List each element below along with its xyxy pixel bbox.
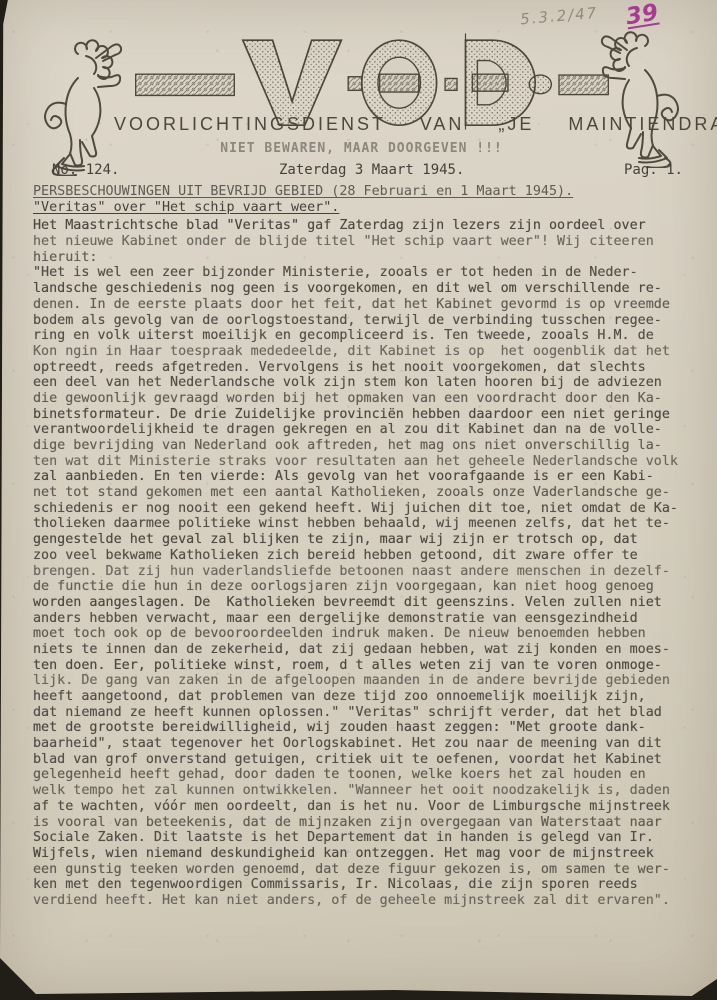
issue-line: No. 124. Zaterdag 3 Maart 1945. Pag. 1.	[52, 162, 683, 178]
body-line: net tot stand gekomen met een aantal Kat…	[33, 485, 699, 501]
body-line: tholieken daarmee politieke winst hebben…	[33, 516, 699, 532]
body-line: Het Maastrichtsche blad "Veritas" gaf Za…	[33, 218, 699, 234]
body-line: anders hebben verwacht, maar een dergeli…	[33, 611, 699, 627]
body-line: lijk. De gang van zaken in de afgeloopen…	[33, 673, 699, 689]
article-subheading: "Veritas" over "Het schip vaart weer".	[33, 200, 699, 216]
masthead-motto: NIET BEWAREN, MAAR DOORGEVEN !!!	[26, 141, 697, 156]
body-line: een gunstig teeken worden genoemd, dat d…	[33, 862, 699, 878]
body-line: Kon ngin in Haar toespraak mededeelde, d…	[33, 344, 699, 360]
issue-date: Zaterdag 3 Maart 1945.	[279, 162, 464, 178]
article-heading: PERSBESCHOUWINGEN UIT BEVRIJD GEBIED (28…	[33, 184, 699, 200]
body-line: de functie die hun in deze oorlogsjaren …	[33, 579, 699, 595]
body-line: ring en volk uiterst moeilijk en gecompl…	[33, 328, 699, 344]
body-line: ken met den tegenwoordigen Commissaris, …	[33, 877, 699, 893]
body-line: zoo veel bekwame Katholieken zich bereid…	[33, 548, 699, 564]
article-body: Het Maastrichtsche blad "Veritas" gaf Za…	[33, 218, 699, 908]
issue-page: Pag. 1.	[624, 162, 683, 178]
body-line: af te wachten, vóór men oordeelt, dan is…	[33, 799, 699, 815]
body-line: verdiend heeft. Het kan niet anders, of …	[33, 893, 699, 909]
body-line: zal aanbieden. En ten vierde: Als gevolg…	[33, 469, 699, 485]
body-line: heeft aangetoond, dat problemen van deze…	[33, 689, 699, 705]
body-line: worden aangeslagen. De Katholieken bevre…	[33, 595, 699, 611]
body-line: verantwoordelijkheid te dragen gekregen …	[33, 422, 699, 438]
article: PERSBESCHOUWINGEN UIT BEVRIJD GEBIED (28…	[33, 184, 699, 909]
body-line: optreedt, reeds afgetreden. Vervolgens i…	[33, 360, 699, 376]
body-line: ten wat dit Ministerie straks voor resul…	[33, 454, 699, 470]
newsletter-page: 5.3.2/47 39	[0, 0, 717, 1000]
body-line: welk tempo het zal kunnen ontwikkelen. "…	[33, 783, 699, 799]
body-line: een deel van het Nederlandsche volk zijn…	[33, 375, 699, 391]
body-line: ten doen. Eer, politieke winst, roem, d …	[33, 658, 699, 674]
body-line: moet toch ook op de bevooroordeelden ind…	[33, 626, 699, 642]
masthead-subtitle: VOORLICHTINGSDIENST VAN „JE MAINTIENDRAI…	[114, 114, 609, 135]
body-line: landsche geschiedenis nog geen is voorge…	[33, 281, 699, 297]
body-line: hieruit:	[33, 250, 699, 266]
body-line: het nieuwe Kabinet onder de blijde titel…	[33, 234, 699, 250]
body-line: binetsformateur. De drie Zuidelijke prov…	[33, 407, 699, 423]
body-line: dige bevrijding van Nederland ook aftred…	[33, 438, 699, 454]
body-line: niets te innen dan de zekerheid, dat zij…	[33, 642, 699, 658]
body-line: schiedenis er nog nooit een gekend heeft…	[33, 501, 699, 517]
body-line: Wijfels, wien niemand deskundigheid kan …	[33, 846, 699, 862]
body-line: "Het is wel een zeer bijzonder Ministeri…	[33, 265, 699, 281]
body-line: gelegenheid heeft gehad, door daden te t…	[33, 767, 699, 783]
pencil-archive-mark: 5.3.2/47	[519, 4, 599, 29]
body-line: blad van grof onverstand getuigen, criti…	[33, 752, 699, 768]
body-line: Sociale Zaken. Dit laatste is het Depart…	[33, 830, 699, 846]
body-line: baarheid", staat tegenover het Oorlogska…	[33, 736, 699, 752]
body-line: is vooral van beteekenis, dat de mijnzak…	[33, 815, 699, 831]
handwritten-page-number: 39	[624, 0, 660, 30]
body-line: gengestelde het geval zal blijken te zij…	[33, 532, 699, 548]
body-line: bodem als gevolg van de oorlogstoestand,…	[33, 313, 699, 329]
body-line: denen. In de eerste plaats door het feit…	[33, 297, 699, 313]
issue-number: No. 124.	[52, 162, 119, 178]
body-line: met de grootste bereidwilligheid, wij zo…	[33, 720, 699, 736]
body-line: dat niemand ze heeft kunnen oplossen." "…	[33, 705, 699, 721]
body-line: die gewoonlijk gevraagd worden bij het o…	[33, 391, 699, 407]
body-line: brengen. Dat zij hun vaderlandsliefde be…	[33, 564, 699, 580]
